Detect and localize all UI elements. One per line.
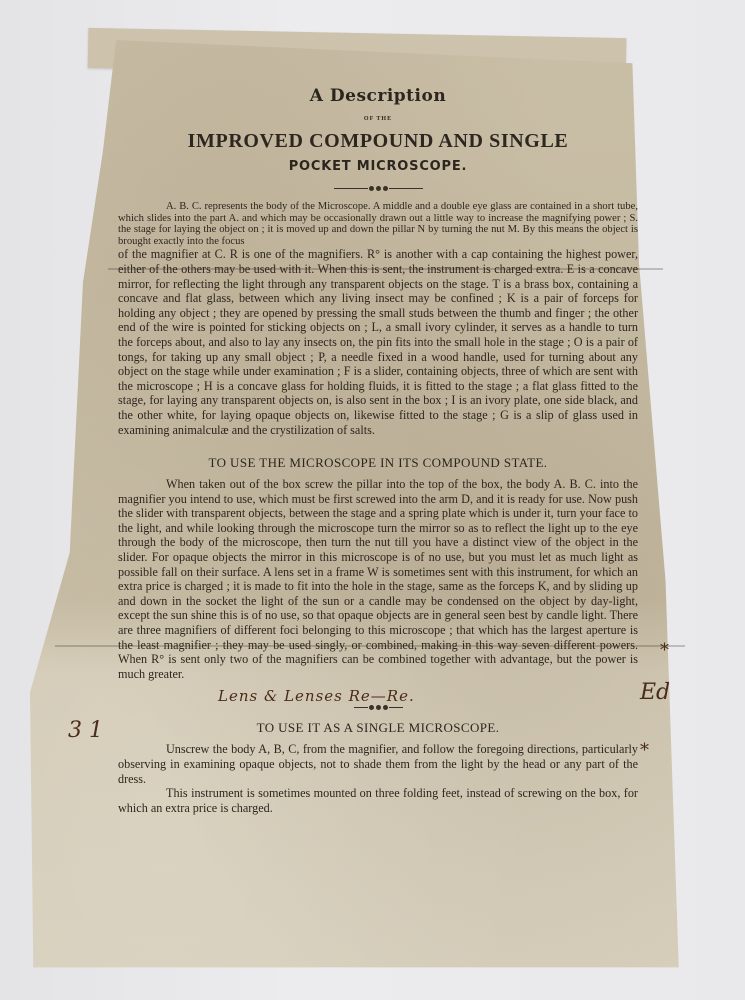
document-subtitle: POCKET MICROSCOPE. xyxy=(118,159,638,174)
section-heading-single: TO USE IT AS A SINGLE MICROSCOPE. xyxy=(118,720,638,736)
intro-paragraph-small: A. B. C. represents the body of the Micr… xyxy=(118,201,638,247)
heading-blackletter: A Description xyxy=(118,86,638,106)
margin-star-lower: * xyxy=(640,740,649,761)
margin-note-right: Ed xyxy=(640,680,670,705)
section-text-compound: When taken out of the box screw the pill… xyxy=(118,477,638,681)
document-title: IMPROVED COMPOUND AND SINGLE xyxy=(118,130,638,153)
margin-star-upper: * xyxy=(660,640,669,661)
section-text-single-2: This instrument is sometimes mounted on … xyxy=(118,786,638,815)
section-text-single: Unscrew the body A, B, C, from the magni… xyxy=(118,742,638,786)
ornament-divider xyxy=(118,186,638,191)
heading-connector: OF THE xyxy=(118,116,638,122)
section-heading-compound: TO USE THE MICROSCOPE IN ITS COMPOUND ST… xyxy=(118,455,638,471)
margin-note-left: 3 1 xyxy=(68,718,103,743)
ornament-divider-small xyxy=(118,705,638,710)
document-content: A Description OF THE IMPROVED COMPOUND A… xyxy=(118,80,638,815)
handwritten-note: Lens & Lenses Re—Re. xyxy=(218,687,638,705)
intro-paragraph: of the magnifier at C. R is one of the m… xyxy=(118,247,638,437)
